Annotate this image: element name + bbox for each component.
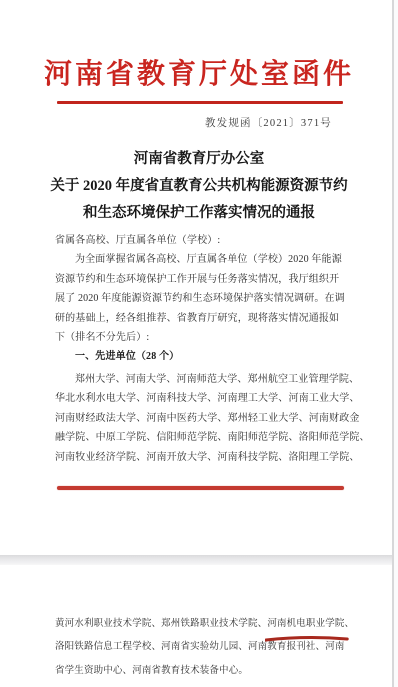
page2-line-3: 省学生资助中心、河南省教育技术装备中心。 xyxy=(55,660,355,683)
marked-school-wrap: 河南机电职业学院 xyxy=(267,613,344,636)
page-right-margin xyxy=(394,0,398,687)
letterhead-title: 河南省教育厅处室函件 xyxy=(0,52,398,92)
letterhead-rule xyxy=(57,101,343,104)
body-paragraph: 省属各高校、厅直属各单位（学校）: 为全面掌握省属各高校、厅直属各单位（学校）2… xyxy=(55,231,355,367)
document-title-line-2: 关于 2020 年度省直教育公共机构能源资源节约 xyxy=(0,173,398,200)
paragraph-line: 展了 2020 年度能源资源节约和生态环境保护落实情况调研。在调 xyxy=(55,289,355,308)
page2-line-1: 黄河水利职业技术学院、郑州铁路职业技术学院、河南机电职业学院、 xyxy=(55,613,355,636)
list-line: 河南财经政法大学、河南中医药大学、郑州轻工业大学、河南财政金 xyxy=(55,409,355,428)
list-line: 郑州大学、河南大学、河南师范大学、郑州航空工业管理学院、 xyxy=(55,370,355,389)
page-right-edge xyxy=(392,0,394,687)
paragraph-line: 下（排名不分先后）: xyxy=(55,328,355,347)
page2-line1-post: 、 xyxy=(345,619,355,629)
paragraph-line: 为全面掌握省属各高校、厅直属各单位（学校）2020 年能源 xyxy=(55,250,355,269)
doc-number: 教发规函〔2021〕371号 xyxy=(205,115,332,130)
marked-school-name: 河南机电职业学院 xyxy=(267,619,344,629)
list-line: 华北水利水电大学、河南科技大学、河南理工大学、河南工业大学、 xyxy=(55,389,355,408)
red-underline-annotation xyxy=(265,634,348,642)
section-heading: 一、先进单位（28 个） xyxy=(55,347,355,366)
advanced-units-list: 郑州大学、河南大学、河南师范大学、郑州航空工业管理学院、 华北水利水电大学、河南… xyxy=(55,370,355,467)
list-line: 河南牧业经济学院、河南开放大学、河南科技学院、洛阳理工学院、 xyxy=(55,448,355,467)
paragraph-line: 资源节约和生态环境保护工作开展与任务落实情况，我厅组织开 xyxy=(55,270,355,289)
page2-line1-pre: 黄河水利职业技术学院、郑州铁路职业技术学院、 xyxy=(55,619,267,629)
page2-paragraph: 黄河水利职业技术学院、郑州铁路职业技术学院、河南机电职业学院、 洛阳铁路信息工程… xyxy=(55,613,355,683)
paragraph-line: 研的基础上，经各组推荐、省教育厅研究，现将落实情况通报如 xyxy=(55,309,355,328)
document-title-line-1: 河南省教育厅办公室 xyxy=(0,146,398,173)
salutation: 省属各高校、厅直属各单位（学校）: xyxy=(55,231,355,250)
document-page: 河南省教育厅处室函件 教发规函〔2021〕371号 河南省教育厅办公室 关于 2… xyxy=(0,0,398,687)
list-line: 融学院、中原工学院、信阳师范学院、南阳师范学院、洛阳师范学院、 xyxy=(55,428,355,447)
document-title: 河南省教育厅办公室 关于 2020 年度省直教育公共机构能源资源节约 和生态环境… xyxy=(0,146,398,227)
document-title-line-3: 和生态环境保护工作落实情况的通报 xyxy=(0,200,398,227)
red-annotation-line xyxy=(57,486,344,490)
stitch-seam xyxy=(0,555,398,565)
